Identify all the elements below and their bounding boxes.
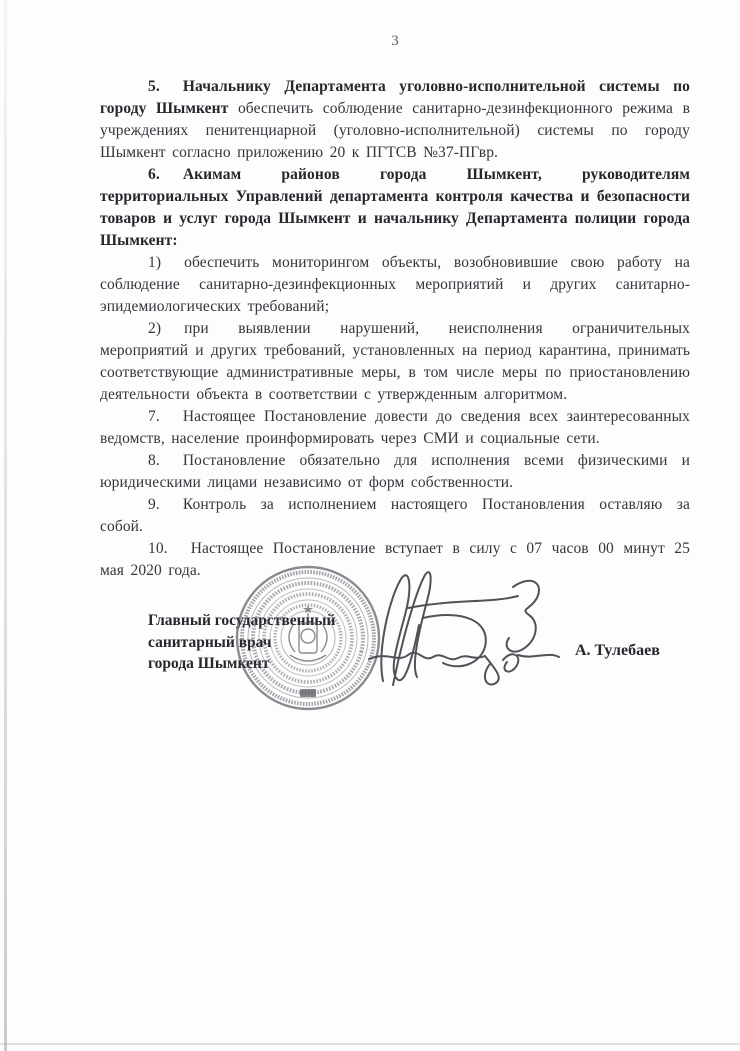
paragraph-8: 8.Постановление обязательно для исполнен…: [100, 450, 690, 494]
paragraph-text: Постановление обязательно для исполнения…: [100, 452, 690, 491]
paragraph-text: Контроль за исполнением настоящего Поста…: [100, 496, 690, 535]
handwritten-signature-icon: [363, 563, 563, 703]
paragraph-7: 7.Настоящее Постановление довести до све…: [100, 406, 690, 450]
paragraph-9: 9.Контроль за исполнением настоящего Пос…: [100, 494, 690, 538]
document-body: 3 5.Начальнику Департамента уголовно-исп…: [0, 0, 740, 582]
paragraph-number: 7.: [148, 408, 160, 425]
paragraph-number: 8.: [148, 452, 160, 469]
signatory-name: А. Тулебаев: [575, 642, 660, 660]
paragraph-number: 6.: [148, 166, 160, 183]
paragraph-5: 5.Начальнику Департамента уголовно-испол…: [100, 76, 690, 164]
paragraph-bold-text: Акимам районов города Шымкент, руководит…: [100, 166, 690, 249]
seal-center-emblem: [289, 607, 327, 661]
paragraph-text: Настоящее Постановление довести до сведе…: [100, 408, 690, 447]
scan-edge-left-line: [4, 0, 7, 1051]
page-number: 3: [100, 33, 690, 50]
scan-edge-bottom-line: [0, 1043, 740, 1045]
paragraph-number: 9.: [148, 496, 160, 513]
scanned-document-page: 3 5.Начальнику Департамента уголовно-исп…: [0, 0, 740, 1051]
paragraph-6: 6.Акимам районов города Шымкент, руковод…: [100, 164, 690, 252]
paragraph-number: 5.: [148, 78, 160, 95]
subitem-1: 1)обеспечить мониторингом объекты, возоб…: [100, 252, 690, 318]
paragraph-number: 2): [148, 320, 161, 337]
paragraph-text: при выявлении нарушений, неисполнения ог…: [100, 320, 690, 403]
subitem-2: 2)при выявлении нарушений, неисполнения …: [100, 318, 690, 406]
paragraph-number: 10.: [148, 540, 168, 557]
seal-bottom-mark: [300, 689, 316, 697]
paragraph-number: 1): [148, 254, 161, 271]
official-seal-stamp-icon: [233, 563, 383, 713]
paragraph-text: обеспечить мониторингом объекты, возобно…: [100, 254, 690, 315]
